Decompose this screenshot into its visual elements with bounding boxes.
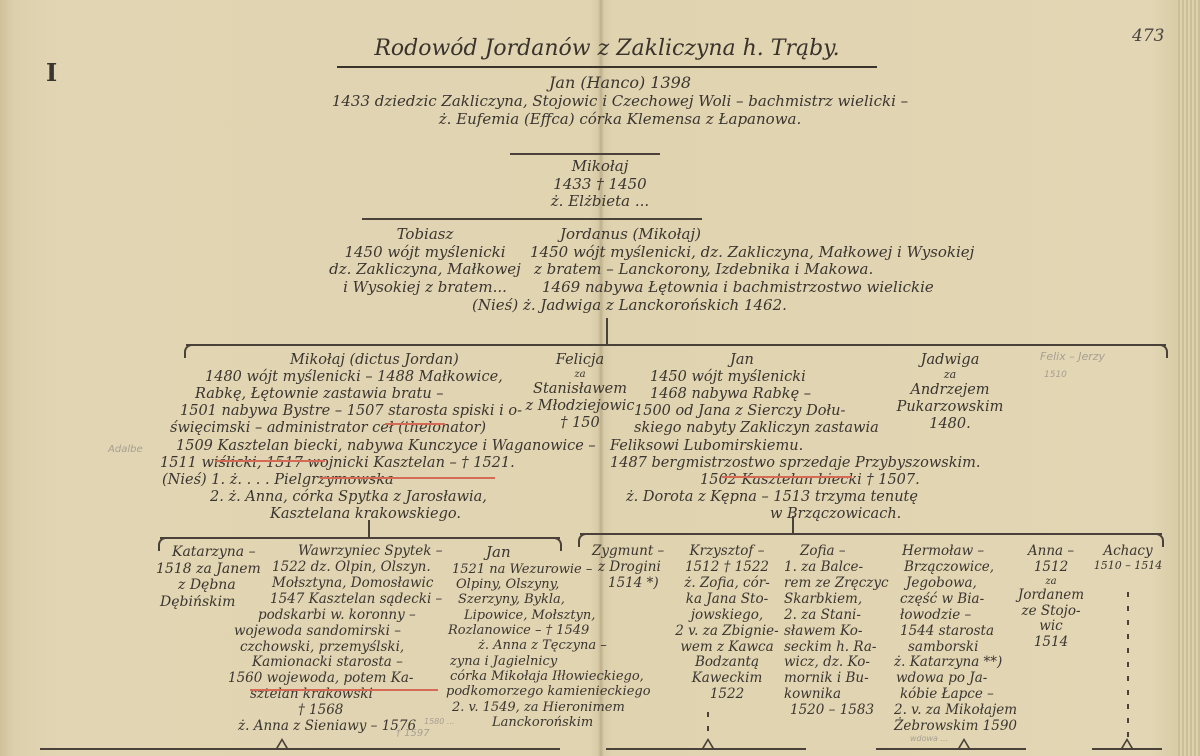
entry-line: 2. v. za Mikołajem: [894, 703, 1034, 719]
entry-line: 2. v. 1549, za Hieronimem: [446, 700, 646, 715]
entry-line: Kamionacki starosta –: [228, 655, 438, 671]
entry-line: mornik i Bu-: [784, 671, 894, 687]
entry-line: Jordanem: [1016, 588, 1086, 604]
entry-line: Skarbkiem,: [784, 592, 894, 608]
entry-line: część w Bia-: [894, 592, 1034, 608]
pencil-note: wdowa ...: [910, 734, 948, 743]
section-numeral: I: [46, 58, 57, 87]
gen5-zofia: Zofia – 1. za Balce- rem ze Zręczyc Skar…: [784, 544, 894, 719]
entry-line: 1. za Balce-: [784, 560, 894, 576]
pencil-note: Adalbe: [108, 444, 143, 455]
entry-line: Jegobowa,: [894, 576, 1034, 592]
entry-line: za: [1016, 576, 1086, 588]
pencil-note: 1510: [1044, 370, 1067, 380]
entry-line: seckim h. Ra-: [784, 640, 894, 656]
entry-line: 1522: [662, 687, 792, 703]
entry-line: 1487 bergmistrzostwo sprzedaje Przybyszo…: [610, 455, 1030, 472]
entry-line: 1501 nabywa Bystre – 1507 starosta spisk…: [100, 403, 590, 420]
connector: [368, 520, 370, 537]
brace-gen4: [186, 344, 1166, 346]
gen3-jordanus: Jordanus (Mikołaj) 1450 wójt myślenicki,…: [470, 226, 1030, 314]
entry-line: jowskiego,: [662, 608, 792, 624]
entry-line: 1512 † 1522: [662, 560, 792, 576]
manuscript-page: I 473 Rodowód Jordanów z Zakliczyna h. T…: [0, 0, 1200, 756]
entry-line: 1514: [1016, 635, 1086, 651]
brace-peak: [958, 738, 970, 748]
entry-line: Kaweckim: [662, 671, 792, 687]
entry-line: 1520 – 1583: [784, 703, 894, 719]
red-underline: [385, 423, 445, 425]
page-title: Rodowód Jordanów z Zakliczyna h. Trąby.: [337, 36, 877, 61]
entry-line: Rabkę, Łętownie zastawia bratu –: [100, 386, 590, 403]
entry-line: † 1568: [228, 703, 438, 719]
person-name: Anna –: [1016, 544, 1086, 560]
red-underline: [215, 460, 325, 462]
entry-line: 1511 wiślicki, 1517 wojnicki Kasztelan –…: [100, 455, 590, 472]
entry-line: 1450 wójt myślenicki, dz. Zakliczyna, Ma…: [470, 244, 1030, 262]
gen5-hermolaw: Hermoław – Brzączowice, Jegobowa, część …: [894, 544, 1034, 735]
person-name: Hermoław –: [894, 544, 1034, 560]
entry-line: Andrzejem: [880, 382, 1020, 399]
brace-bottom: [1092, 748, 1162, 750]
entry-line: (Nieś) ż. Jadwiga z Lanckorońskich 1462.: [470, 297, 1030, 315]
pencil-note: Felix – Jerzy: [1040, 350, 1105, 363]
entry-line: 1510 – 1514: [1078, 560, 1178, 573]
person-name: Jadwiga: [880, 352, 1020, 369]
gen2-entry: Mikołaj 1433 † 1450 ż. Elżbieta ...: [500, 158, 700, 211]
entry-line: 1469 nabywa Łętownia i bachmistrzostwo w…: [470, 279, 1030, 297]
gen2-name: Mikołaj: [500, 158, 700, 176]
red-underline: [320, 477, 495, 479]
gen5-achacy: Achacy 1510 – 1514: [1078, 544, 1178, 573]
entry-line: (Nieś) 1. ż. . . . Pielgrzymowska: [100, 472, 590, 489]
entry-line: 2 v. za Zbignie-: [662, 624, 792, 640]
entry-line: wem z Kawca: [662, 640, 792, 656]
entry-line: zyna i Jagielnicy: [446, 654, 646, 669]
entry-line: Bodzantą: [662, 655, 792, 671]
person-name: Wawrzyniec Spytek –: [228, 544, 438, 560]
gen5-anna: Anna – 1512 za Jordanem ze Stojo- wic 15…: [1016, 544, 1086, 651]
brace-bottom: [40, 748, 560, 750]
gen2-line: 1433 † 1450: [500, 176, 700, 194]
entry-line: ż. Katarzyna **): [894, 655, 1034, 671]
connector: [510, 153, 660, 155]
pencil-note: † 1597: [396, 728, 430, 739]
entry-line: Feliksowi Lubomirskiemu.: [610, 438, 1030, 455]
entry-line: z bratem – Lanckorony, Izdebnika i Makow…: [470, 261, 1030, 279]
brace-peak: [276, 738, 288, 748]
connector: [792, 516, 794, 533]
entry-line: ze Stojo-: [1016, 604, 1086, 620]
brace-peak: [1121, 738, 1133, 748]
brace-gen5-left: [160, 537, 560, 539]
entry-line: podskarbi w. koronny –: [228, 608, 438, 624]
entry-line: Rozlanowice – † 1549: [446, 623, 646, 638]
entry-line: kownika: [784, 687, 894, 703]
connector: [362, 218, 702, 220]
entry-line: rem ze Zręczyc: [784, 576, 894, 592]
entry-line: 1544 starosta: [894, 624, 1034, 640]
entry-line: córka Mikołaja Iłłowieckiego,: [446, 669, 646, 684]
gen2-line: ż. Elżbieta ...: [500, 193, 700, 211]
entry-line: Szerzyny, Bykla,: [446, 592, 646, 607]
entry-line: Lipowice, Mołsztyn,: [446, 608, 646, 623]
person-name: Krzysztof –: [662, 544, 792, 560]
person-name: Zofia –: [784, 544, 894, 560]
entry-line: Lanckorońskim: [446, 715, 646, 730]
gen5-krzysztof: Krzysztof – 1512 † 1522 ż. Zofia, cór- k…: [662, 544, 792, 703]
entry-line: 2. ż. Anna, córka Spytka z Jarosławia,: [100, 489, 590, 506]
entry-line: samborski: [894, 640, 1034, 656]
entry-line: wojewoda sandomirski –: [228, 624, 438, 640]
entry-line: Żebrowskim 1590: [894, 719, 1034, 735]
entry-line: Pukarzowskim: [880, 399, 1020, 416]
gen1-line: 1433 dziedzic Zakliczyna, Stojowic i Cze…: [290, 93, 950, 111]
brace-end: [1156, 344, 1168, 358]
entry-line: podkomorzego kamienieckiego: [446, 684, 646, 699]
person-name: Jordanus (Mikołaj): [470, 226, 1030, 244]
entry-line: wic: [1016, 619, 1086, 635]
entry-line: za: [880, 369, 1020, 382]
brace-bottom: [606, 748, 806, 750]
gen1-entry: Jan (Hanco) 1398 1433 dziedzic Zakliczyn…: [290, 74, 950, 128]
entry-line: ż. Dorota z Kępna – 1513 trzyma tenutę: [610, 489, 1030, 506]
connector: [606, 318, 608, 344]
brace-bottom: [876, 748, 1026, 750]
gen1-name: Jan (Hanco) 1398: [290, 74, 950, 93]
entry-line: 1560 wojewoda, potem Ka-: [228, 671, 438, 687]
entry-line: 1502 Kasztelan biecki † 1507.: [610, 472, 1030, 489]
entry-line: czchowski, przemyślski,: [228, 640, 438, 656]
entry-line: sławem Ko-: [784, 624, 894, 640]
brace-peak: [702, 738, 714, 748]
entry-line: 1480.: [880, 416, 1020, 433]
person-name: Achacy: [1078, 544, 1178, 560]
pencil-note: 1580 ...: [424, 717, 455, 726]
dotted-line: [1127, 592, 1129, 742]
person-name: Mikołaj (dictus Jordan): [100, 352, 590, 369]
entry-line: wdowa po Ja-: [894, 671, 1034, 687]
entry-line: w Brzączowicach.: [610, 506, 1030, 523]
entry-line: 1512: [1016, 560, 1086, 576]
entry-line: Brzączowice,: [894, 560, 1034, 576]
brace-gen5-right: [580, 533, 1162, 535]
entry-line: Mołsztyna, Domosławic: [228, 576, 438, 592]
red-underline: [250, 689, 438, 691]
entry-line: wicz, dz. Ko-: [784, 655, 894, 671]
entry-line: 1480 wójt myślenicki – 1488 Małkowice,: [100, 369, 590, 386]
entry-line: 1509 Kasztelan biecki, nabywa Kunczyce i…: [100, 438, 590, 455]
entry-line: ż. Anna z Tęczyna –: [446, 638, 646, 653]
entry-line: kóbie Łapce –: [894, 687, 1034, 703]
gen1-line: ż. Eufemia (Effca) córka Klemensa z Łapa…: [290, 111, 950, 129]
entry-line: Kasztelana krakowskiego.: [100, 506, 590, 523]
entry-line: 1522 dz. Olpin, Olszyn.: [228, 560, 438, 576]
entry-line: święcimski – administrator ceł (thelonat…: [100, 420, 590, 437]
gen4-jadwiga: Jadwiga za Andrzejem Pukarzowskim 1480.: [880, 352, 1020, 433]
entry-line: ka Jana Sto-: [662, 592, 792, 608]
title-underline: [337, 66, 877, 68]
gen4-mikolaj: Mikołaj (dictus Jordan) 1480 wójt myślen…: [100, 352, 590, 523]
entry-line: łowodzie –: [894, 608, 1034, 624]
entry-line: ż. Zofia, cór-: [662, 576, 792, 592]
gen5-wawrzyniec: Wawrzyniec Spytek – 1522 dz. Olpin, Olsz…: [228, 544, 438, 735]
entry-line: 1547 Kasztelan sądecki –: [228, 592, 438, 608]
page-number: 473: [1132, 26, 1164, 46]
page-edge: [1178, 0, 1200, 756]
red-underline: [722, 476, 852, 478]
entry-line: 2. za Stani-: [784, 608, 894, 624]
